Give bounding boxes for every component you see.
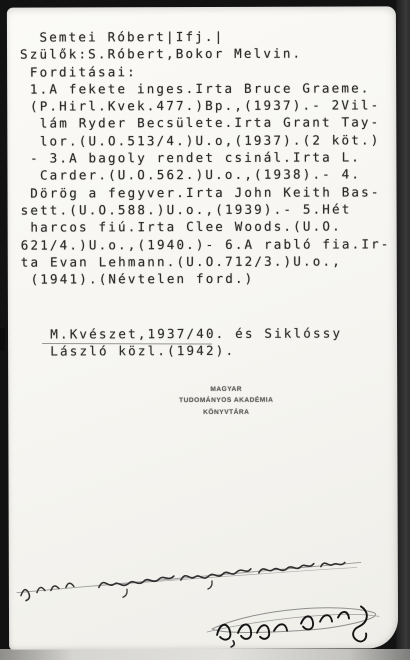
stamp-line: KÖNYVTÁRA (156, 406, 296, 418)
ink-signature-struckthrough-icon (207, 606, 379, 647)
typed-line: M.Kvészet,1937/40. és Siklóssy (21, 325, 342, 343)
typed-entry-block: Semtei Róbert|Ifj.| Szülők:S.Róbert,Boko… (20, 27, 391, 288)
typed-line: 621/4.)U.o.,(1940.)- 6.A rabló fia.Ir- (21, 235, 391, 254)
library-stamp: MAGYAR TUDOMÁNYOS AKADÉMIA KÖNYVTÁRA (156, 384, 296, 419)
typed-line: lám Ryder Becsülete.Irta Grant Tay- (20, 114, 390, 133)
typed-line: ta Evan Lehmann.(U.O.712/3.)U.o., (21, 252, 391, 271)
handwriting-layer (9, 544, 398, 649)
catalog-card: Semtei Róbert|Ifj.| Szülők:S.Róbert,Boko… (7, 6, 398, 649)
typed-line: Szülők:S.Róbert,Bokor Melvin. (20, 45, 390, 64)
typed-line: Dörög a fegyver.Irta John Keith Bas- (20, 183, 390, 202)
typed-line: sett.(U.O.588.)U.o.,(1939).- 5.Hét (21, 200, 391, 219)
typed-line: Carder.(U.O.562.)U.o.,(1938).- 4. (20, 166, 390, 185)
stamp-line: MAGYAR (156, 384, 296, 396)
scan-bottom-border (0, 649, 410, 660)
typed-line: Forditásai: (20, 62, 390, 81)
left-edge-ink-mark (0, 328, 5, 351)
stamp-line: TUDOMÁNYOS AKADÉMIA (156, 395, 296, 407)
scan-right-border (396, 0, 410, 660)
scanned-catalog-card-background: Semtei Róbert|Ifj.| Szülők:S.Róbert,Boko… (0, 0, 410, 660)
typed-line: harcos fiú.Irta Clee Woods.(U.O. (21, 218, 391, 237)
typed-line: (1941).(Névtelen ford.) (21, 269, 391, 288)
typed-line: (P.Hirl.Kvek.477.)Bp.,(1937).- 2Vil- (20, 97, 390, 116)
inverted-pencil-note-struckthrough-icon (17, 562, 361, 600)
typed-line: - 3.A bagoly rendet csinál.Irta L. (20, 148, 390, 167)
typed-line: 1.A fekete inges.Irta Bruce Graeme. (20, 79, 390, 98)
typed-line: lor.(U.O.513/4.)U.o,(1937).(2 köt.) (20, 131, 390, 150)
typed-line: Semtei Róbert|Ifj.| (20, 27, 390, 46)
typed-line: László közl.(1942). (21, 342, 342, 360)
